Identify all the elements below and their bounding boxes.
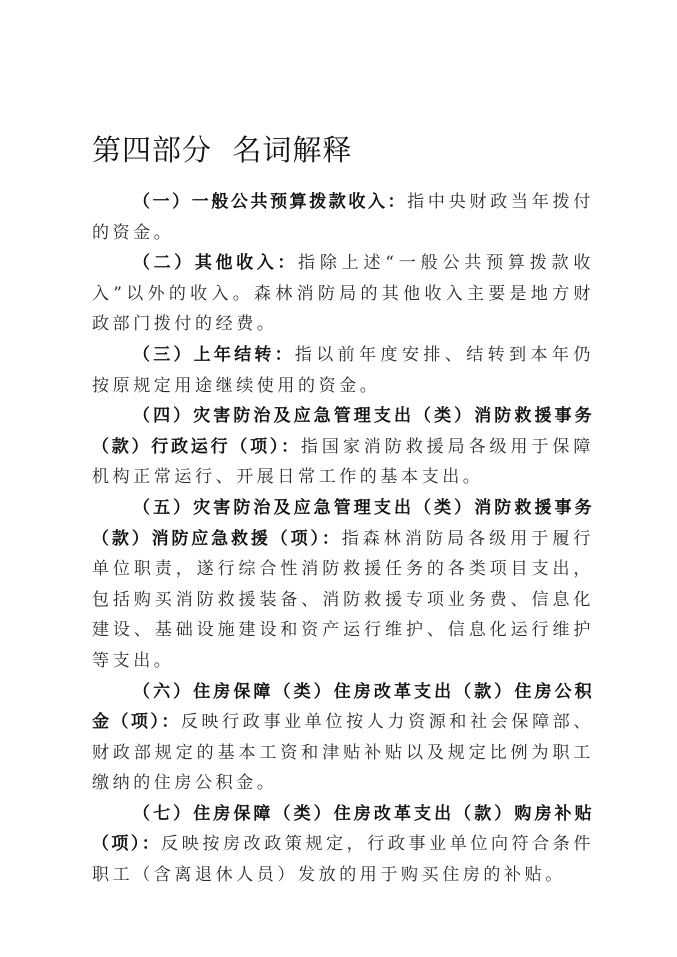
glossary-body: （一）一般公共预算拨款收入：指中央财政当年拨付的资金。 （二）其他收入：指除上述… — [92, 187, 594, 891]
term-label: （一）一般公共预算拨款收入： — [133, 192, 407, 212]
term-label: （二）其他收入： — [133, 253, 298, 273]
glossary-entry-3: （三）上年结转：指以前年度安排、结转到本年仍按原规定用途继续使用的资金。 — [92, 340, 594, 401]
term-definition: 反映按房改政策规定，行政事业单位向符合条件职工（含离退休人员）发放的用于购买住房… — [92, 834, 594, 885]
term-label: （三）上年结转： — [133, 345, 295, 365]
glossary-entry-2: （二）其他收入：指除上述“一般公共预算拨款收入”以外的收入。森林消防局的其他收入… — [92, 248, 594, 340]
glossary-entry-7: （七）住房保障（类）住房改革支出（款）购房补贴（项）：反映按房改政策规定，行政事… — [92, 799, 594, 891]
glossary-entry-1: （一）一般公共预算拨款收入：指中央财政当年拨付的资金。 — [92, 187, 594, 248]
glossary-entry-4: （四）灾害防治及应急管理支出（类）消防救援事务（款）行政运行（项）：指国家消防救… — [92, 401, 594, 493]
glossary-entry-5: （五）灾害防治及应急管理支出（类）消防救援事务（款）消防应急救援（项）：指森林消… — [92, 493, 594, 677]
glossary-entry-6: （六）住房保障（类）住房改革支出（款）住房公积金（项）：反映行政事业单位按人力资… — [92, 677, 594, 799]
section-title: 第四部分 名词解释 — [92, 128, 352, 169]
term-definition: 指森林消防局各级用于履行单位职责，遂行综合性消防救援任务的各类项目支出，包括购买… — [92, 529, 594, 671]
